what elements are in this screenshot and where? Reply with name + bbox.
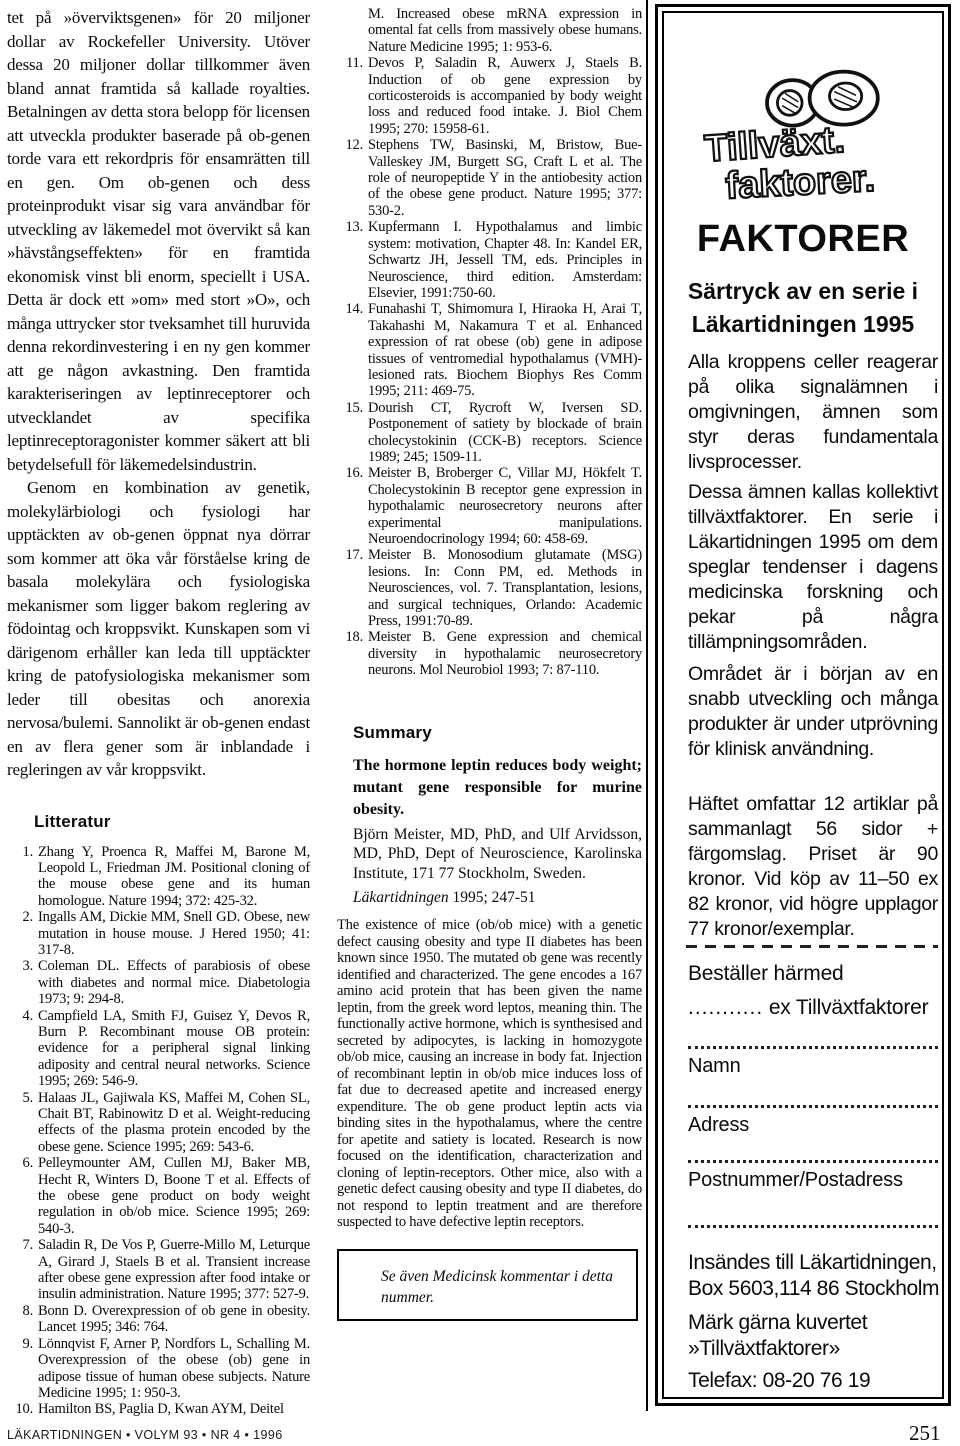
reference-item: 16. Meister B, Broberger C, Villar MJ, H… <box>337 465 642 547</box>
reference-number: 17. <box>337 547 368 629</box>
send-to-address: Insändes till Läkartidningen, Box 5603,1… <box>688 1250 940 1302</box>
form-field-extra <box>688 1225 938 1234</box>
reference-text: Bonn D. Overexpression of ob gene in obe… <box>38 1303 310 1336</box>
reference-item: 18. Meister B. Gene expression and chemi… <box>337 629 642 678</box>
reference-text: Meister B. Gene expression and chemical … <box>368 629 642 678</box>
reference-item: 3. Coleman DL. Effects of parabiosis of … <box>7 958 310 1007</box>
reference-item: 10. Hamilton BS, Paglia D, Kwan AYM, Dei… <box>7 1401 310 1417</box>
reference-item: 17. Meister B. Monosodium glutamate (MSG… <box>337 547 642 629</box>
reference-item: 8. Bonn D. Overexpression of ob gene in … <box>7 1303 310 1336</box>
reference-item: 5. Halaas JL, Gajiwala KS, Maffei M, Coh… <box>7 1090 310 1156</box>
reference-number: 9. <box>7 1336 38 1402</box>
reference-number: 12. <box>337 137 368 219</box>
journal-page: tet på »överviktsgenen» för 20 miljoner … <box>0 0 960 1446</box>
reference-text: Lönnqvist F, Arner P, Nordfors L, Schall… <box>38 1336 310 1402</box>
reference-text: Zhang Y, Proenca R, Maffei M, Barone M, … <box>38 844 310 910</box>
reference-text: Meister B, Broberger C, Villar MJ, Hökfe… <box>368 465 642 547</box>
reference-number <box>337 6 368 55</box>
see-also-note-box: Se även Medicinsk kommentar i detta numm… <box>337 1249 638 1321</box>
reference-text: Hamilton BS, Paglia D, Kwan AYM, Deitel <box>38 1401 310 1417</box>
reference-item: 14. Funahashi T, Shimomura I, Hiraoka H,… <box>337 301 642 399</box>
order-quantity-line: ........... ex Tillväxtfaktorer <box>688 996 928 1020</box>
see-also-note-text: Se även Medicinsk kommentar i detta numm… <box>381 1266 618 1308</box>
field-label: Adress <box>688 1114 938 1137</box>
order-label: Beställer härmed <box>688 962 844 986</box>
reference-item: 12. Stephens TW, Basinski, M, Bristow, B… <box>337 137 642 219</box>
reference-text: Campfield LA, Smith FJ, Guisez Y, Devos … <box>38 1008 310 1090</box>
literature-heading: Litteratur <box>34 812 310 832</box>
reference-number: 6. <box>7 1155 38 1237</box>
dotted-rule <box>688 1105 938 1108</box>
reference-number: 16. <box>337 465 368 547</box>
reference-number: 18. <box>337 629 368 678</box>
journal-name: Läkartidningen <box>353 889 449 906</box>
reference-text: Kupfermann I. Hypothalamus and limbic sy… <box>368 219 642 301</box>
promo-paragraph: Området är i början av en snabb utveckli… <box>688 662 938 762</box>
reference-item: 1. Zhang Y, Proenca R, Maffei M, Barone … <box>7 844 310 910</box>
reference-text: Coleman DL. Effects of parabiosis of obe… <box>38 958 310 1007</box>
dotted-rule <box>688 1160 938 1163</box>
tillvaxtfaktorer-logo: Tillväxt. faktorer. <box>690 65 916 207</box>
promo-subtitle-line1: Särtryck av en serie i <box>664 275 942 308</box>
journal-footer: LÄKARTIDNINGEN • VOLYM 93 • NR 4 • 1996 <box>7 1426 289 1444</box>
reference-text: Saladin R, De Vos P, Guerre-Millo M, Let… <box>38 1237 310 1303</box>
field-label: Postnummer/Postadress <box>688 1169 938 1192</box>
form-field-name: Namn <box>688 1046 938 1078</box>
reference-text: Ingalls AM, Dickie MM, Snell GD. Obese, … <box>38 909 310 958</box>
reference-number: 5. <box>7 1090 38 1156</box>
reference-item: 13. Kupfermann I. Hypothalamus and limbi… <box>337 219 642 301</box>
reference-text: Stephens TW, Basinski, M, Bristow, Bue-V… <box>368 137 642 219</box>
reference-number: 10. <box>7 1401 38 1417</box>
summary-heading: Summary <box>353 723 642 743</box>
promo-inner-frame: Tillväxt. faktorer. FAKTORER Särtryck av… <box>662 11 944 1399</box>
reference-text: Meister B. Monosodium glutamate (MSG) le… <box>368 547 642 629</box>
body-paragraph: Genom en kombination av genetik, molekyl… <box>7 476 310 782</box>
promo-paragraph: Alla kroppens celler reagerar på olika s… <box>688 350 938 475</box>
promo-subtitle-line2: Läkartidningen 1995 <box>664 308 942 341</box>
reference-list-continued: M. Increased obese mRNA expression in om… <box>337 6 642 679</box>
reference-item: M. Increased obese mRNA expression in om… <box>337 6 642 55</box>
promo-paragraph: Häftet omfattar 12 artiklar på sammanlag… <box>688 792 938 942</box>
faktorer-title: FAKTORER <box>664 218 942 261</box>
reference-text: Pelleymounter AM, Cullen MJ, Baker MB, H… <box>38 1155 310 1237</box>
reference-number: 1. <box>7 844 38 910</box>
summary-lead: The hormone leptin reduces body weight; … <box>337 755 642 821</box>
page-number: 251 <box>905 1421 945 1446</box>
field-label: Namn <box>688 1055 938 1078</box>
left-column: tet på »överviktsgenen» för 20 miljoner … <box>7 6 310 1418</box>
telefax-number: Telefax: 08-20 76 19 <box>688 1368 940 1394</box>
reference-number: 14. <box>337 301 368 399</box>
reference-number: 7. <box>7 1237 38 1303</box>
reference-number: 3. <box>7 958 38 1007</box>
reference-text: M. Increased obese mRNA expression in om… <box>368 6 642 55</box>
form-field-address: Adress <box>688 1105 938 1137</box>
reference-number: 8. <box>7 1303 38 1336</box>
quantity-text: ex Tillväxtfaktorer <box>763 996 928 1019</box>
summary-citation: Läkartidningen 1995; 247-51 <box>337 889 642 907</box>
reference-number: 2. <box>7 909 38 958</box>
reference-number: 15. <box>337 400 368 466</box>
body-paragraph: tet på »överviktsgenen» för 20 miljoner … <box>7 6 310 476</box>
faktorer-promo-box: Tillväxt. faktorer. FAKTORER Särtryck av… <box>655 4 951 1406</box>
promo-subtitle: Särtryck av en serie i Läkartidningen 19… <box>664 275 942 341</box>
reference-item: 9. Lönnqvist F, Arner P, Nordfors L, Sch… <box>7 1336 310 1402</box>
reference-text: Devos P, Saladin R, Auwerx J, Staels B. … <box>368 55 642 137</box>
summary-body: The existence of mice (ob/ob mice) with … <box>337 917 642 1231</box>
citation-detail: 1995; 247-51 <box>449 889 536 906</box>
reference-number: 13. <box>337 219 368 301</box>
cut-here-dashed-line <box>686 945 938 948</box>
mark-envelope-note: Märk gärna kuvertet »Tillväxtfaktorer» <box>688 1310 940 1362</box>
dotted-rule <box>688 1225 938 1228</box>
reference-item: 2. Ingalls AM, Dickie MM, Snell GD. Obes… <box>7 909 310 958</box>
summary-authors: Björn Meister, MD, PhD, and Ulf Arvidsso… <box>337 825 642 884</box>
promo-paragraph: Dessa ämnen kallas kollektivt tillväxtfa… <box>688 480 938 655</box>
middle-column: M. Increased obese mRNA expression in om… <box>337 6 642 1231</box>
reference-number: 11. <box>337 55 368 137</box>
reference-item: 6. Pelleymounter AM, Cullen MJ, Baker MB… <box>7 1155 310 1237</box>
dotted-rule <box>688 1046 938 1049</box>
form-field-postal: Postnummer/Postadress <box>688 1160 938 1192</box>
logo-word-faktorer: faktorer. <box>725 158 876 207</box>
reference-item: 7. Saladin R, De Vos P, Guerre-Millo M, … <box>7 1237 310 1303</box>
reference-text: Dourish CT, Rycroft W, Iversen SD. Postp… <box>368 400 642 466</box>
reference-text: Funahashi T, Shimomura I, Hiraoka H, Ara… <box>368 301 642 399</box>
reference-number: 4. <box>7 1008 38 1090</box>
reference-text: Halaas JL, Gajiwala KS, Maffei M, Cohen … <box>38 1090 310 1156</box>
reference-item: 15. Dourish CT, Rycroft W, Iversen SD. P… <box>337 400 642 466</box>
column-divider-rule <box>646 0 648 1411</box>
quantity-dotted-blank: ........... <box>688 996 763 1019</box>
reference-item: 4. Campfield LA, Smith FJ, Guisez Y, Dev… <box>7 1008 310 1090</box>
reference-list: 1. Zhang Y, Proenca R, Maffei M, Barone … <box>7 844 310 1418</box>
reference-item: 11. Devos P, Saladin R, Auwerx J, Staels… <box>337 55 642 137</box>
